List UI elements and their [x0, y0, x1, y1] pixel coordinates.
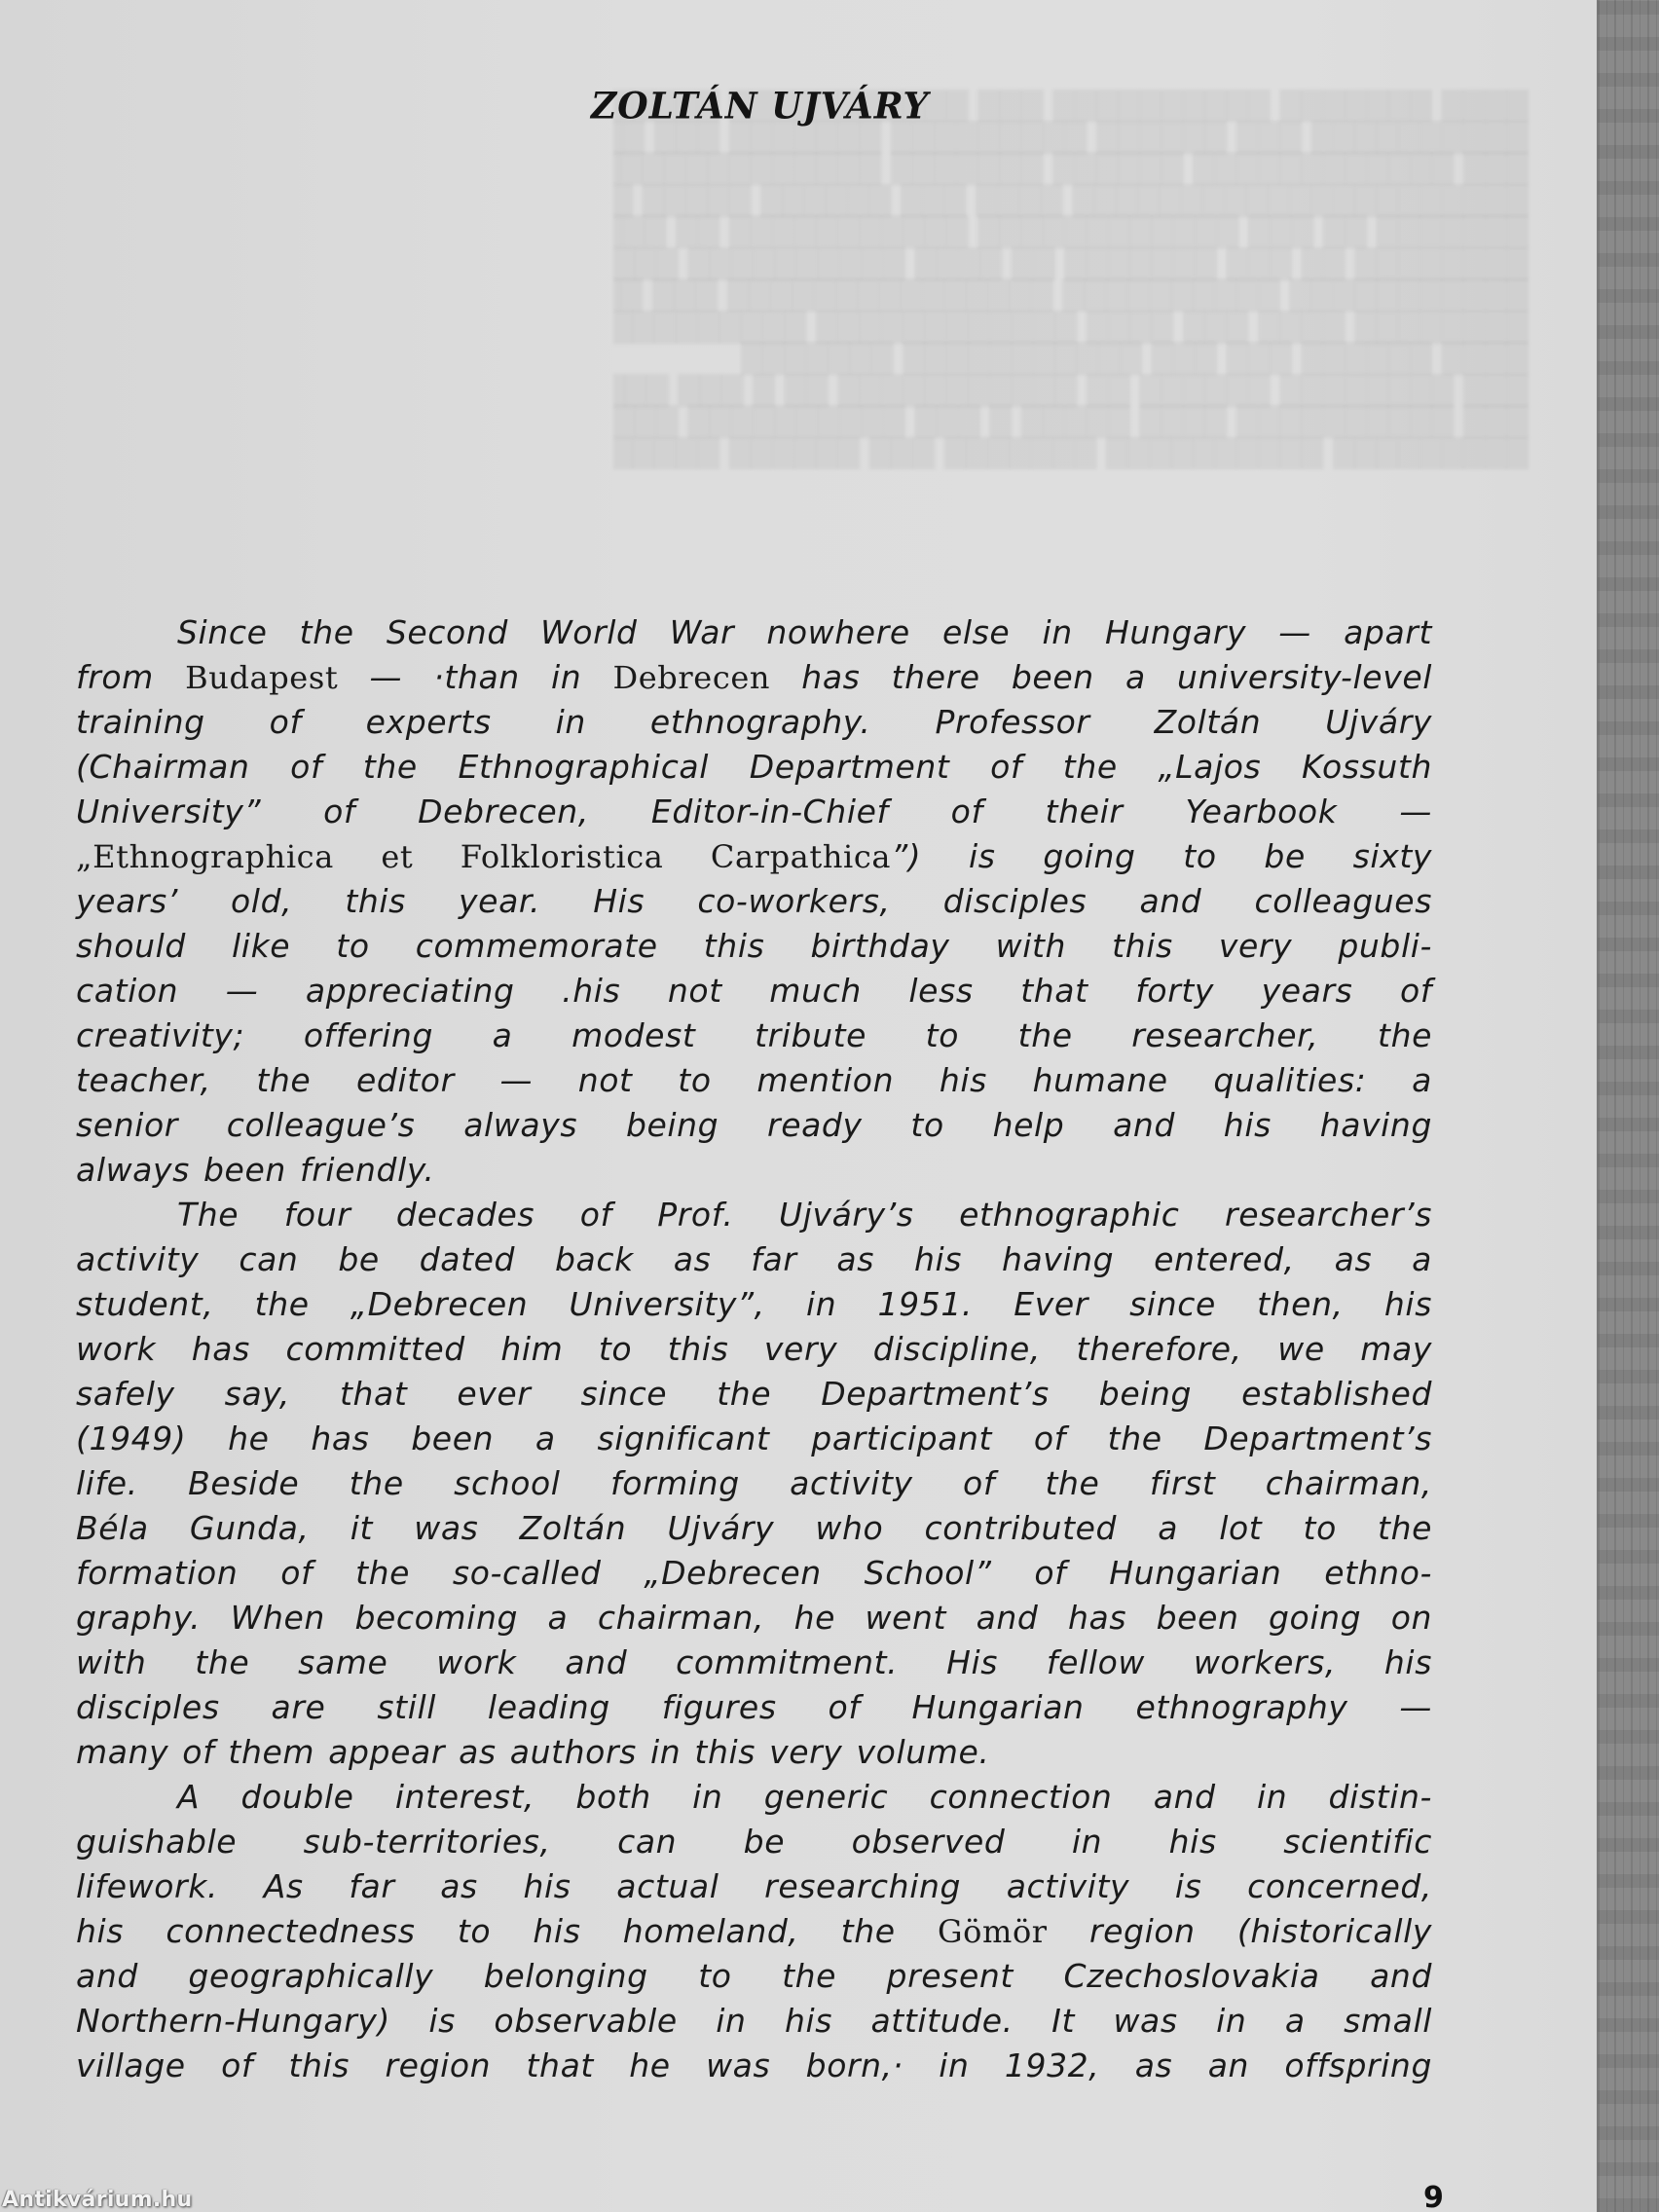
text-line: should like to commemorate this birthday… — [76, 924, 1432, 969]
italic-text: from — [76, 658, 185, 696]
italic-text: lifework. As far as his actual researchi… — [76, 1867, 1432, 1905]
italic-text: Northern-Hungary) is observable in his a… — [76, 2002, 1432, 2040]
italic-text: student, the „Debrecen University”, in 1… — [76, 1285, 1432, 1323]
text-line: and geographically belonging to the pres… — [76, 1954, 1432, 1999]
text-line: activity can be dated back as far as his… — [76, 1237, 1432, 1282]
paragraph: Since the Second World War nowhere else … — [76, 610, 1432, 1193]
text-line: years’ old, this year. His co-workers, d… — [76, 879, 1432, 924]
italic-text: disciples are still leading figures of H… — [76, 1688, 1432, 1726]
italic-text: University” of Debrecen, Editor-in-Chief… — [76, 793, 1432, 830]
text-line: many of them appear as authors in this v… — [76, 1730, 1432, 1775]
italic-text: safely say, that ever since the Departme… — [76, 1375, 1432, 1413]
text-line: work has committed him to this very disc… — [76, 1327, 1432, 1372]
upright-text: „Ethnographica et Folkloristica Carpathi… — [76, 838, 891, 875]
italic-text: with the same work and commitment. His f… — [76, 1643, 1432, 1681]
table-surface-edge — [1597, 0, 1659, 2212]
text-line: The four decades of Prof. Ujváry’s ethno… — [76, 1193, 1432, 1237]
italic-text: teacher, the editor — not to mention his… — [76, 1061, 1432, 1099]
paragraph: A double interest, both in generic conne… — [76, 1775, 1432, 2088]
italic-text: creativity; offering a modest tribute to… — [76, 1016, 1432, 1054]
italic-text: years’ old, this year. His co-workers, d… — [76, 882, 1432, 920]
italic-text: life. Beside the school forming activity… — [76, 1464, 1432, 1502]
italic-text: Béla Gunda, it was Zoltán Ujváry who con… — [76, 1509, 1432, 1547]
paragraph: The four decades of Prof. Ujváry’s ethno… — [76, 1193, 1432, 1775]
text-line: senior colleague’s always being ready to… — [76, 1103, 1432, 1148]
italic-text: activity can be dated back as far as his… — [76, 1240, 1432, 1278]
text-line: cation — appreciating .his not much less… — [76, 969, 1432, 1014]
text-line: creativity; offering a modest tribute to… — [76, 1014, 1432, 1058]
text-line: training of experts in ethnography. Prof… — [76, 700, 1432, 745]
italic-text: guishable sub-territories, can be observ… — [76, 1823, 1432, 1861]
italic-text: should like to commemorate this birthday… — [76, 927, 1432, 965]
italic-text: village of this region that he was born,… — [76, 2046, 1432, 2084]
text-line: Béla Gunda, it was Zoltán Ujváry who con… — [76, 1506, 1432, 1551]
show-through-text: ████ ███████ ██████████ ███ ███████████ … — [613, 90, 1529, 469]
italic-text: training of experts in ethnography. Prof… — [76, 703, 1432, 741]
text-line: teacher, the editor — not to mention his… — [76, 1058, 1432, 1103]
upright-text: Debrecen — [613, 659, 771, 696]
text-line: disciples are still leading figures of H… — [76, 1685, 1432, 1730]
text-line: lifework. As far as his actual researchi… — [76, 1864, 1432, 1909]
italic-text: region (historically — [1048, 1912, 1432, 1950]
italic-text: work has committed him to this very disc… — [76, 1330, 1432, 1368]
italic-text: has there been a university-level — [770, 658, 1432, 696]
italic-text: cation — appreciating .his not much less… — [76, 972, 1432, 1010]
text-line: always been friendly. — [76, 1148, 1432, 1193]
article-body: Since the Second World War nowhere else … — [76, 610, 1432, 2088]
text-line: safely say, that ever since the Departme… — [76, 1372, 1432, 1417]
text-line: with the same work and commitment. His f… — [76, 1641, 1432, 1685]
text-line: (Chairman of the Ethnographical Departme… — [76, 745, 1432, 790]
italic-text: formation of the so-called „Debrecen Sch… — [76, 1554, 1432, 1592]
italic-text: always been friendly. — [76, 1151, 435, 1189]
italic-text: The four decades of Prof. Ujváry’s ethno… — [177, 1196, 1432, 1234]
watermark: Antikvárium.hu — [2, 2188, 192, 2212]
text-line: Northern-Hungary) is observable in his a… — [76, 1999, 1432, 2044]
upright-text: Gömör — [938, 1913, 1048, 1950]
text-line: University” of Debrecen, Editor-in-Chief… — [76, 790, 1432, 834]
upright-text: Budapest — [185, 659, 338, 696]
italic-text: Since the Second World War nowhere else … — [177, 613, 1432, 651]
text-line: graphy. When becoming a chairman, he wen… — [76, 1596, 1432, 1641]
italic-text: his connectedness to his homeland, the — [76, 1912, 938, 1950]
text-line: „Ethnographica et Folkloristica Carpathi… — [76, 834, 1432, 879]
text-line: from Budapest — ·than in Debrecen has th… — [76, 655, 1432, 700]
text-line: guishable sub-territories, can be observ… — [76, 1820, 1432, 1864]
italic-text: (Chairman of the Ethnographical Departme… — [76, 748, 1432, 786]
italic-text: (1949) he has been a significant partici… — [76, 1419, 1432, 1457]
text-line: (1949) he has been a significant partici… — [76, 1417, 1432, 1461]
italic-text: and geographically belonging to the pres… — [76, 1957, 1432, 1995]
text-line: formation of the so-called „Debrecen Sch… — [76, 1551, 1432, 1596]
text-line: his connectedness to his homeland, the G… — [76, 1909, 1432, 1954]
text-line: student, the „Debrecen University”, in 1… — [76, 1282, 1432, 1327]
italic-text: graphy. When becoming a chairman, he wen… — [76, 1599, 1432, 1637]
italic-text: ”) is going to be sixty — [891, 837, 1432, 875]
italic-text: many of them appear as authors in this v… — [76, 1733, 989, 1771]
italic-text: — ·than in — [338, 658, 612, 696]
page-number: 9 — [1423, 2181, 1444, 2212]
italic-text: senior colleague’s always being ready to… — [76, 1106, 1432, 1144]
article-title: ZOLTÁN UJVÁRY — [591, 85, 929, 128]
italic-text: A double interest, both in generic conne… — [177, 1778, 1432, 1816]
text-line: life. Beside the school forming activity… — [76, 1461, 1432, 1506]
text-line: Since the Second World War nowhere else … — [76, 610, 1432, 655]
text-line: A double interest, both in generic conne… — [76, 1775, 1432, 1820]
text-line: village of this region that he was born,… — [76, 2044, 1432, 2088]
